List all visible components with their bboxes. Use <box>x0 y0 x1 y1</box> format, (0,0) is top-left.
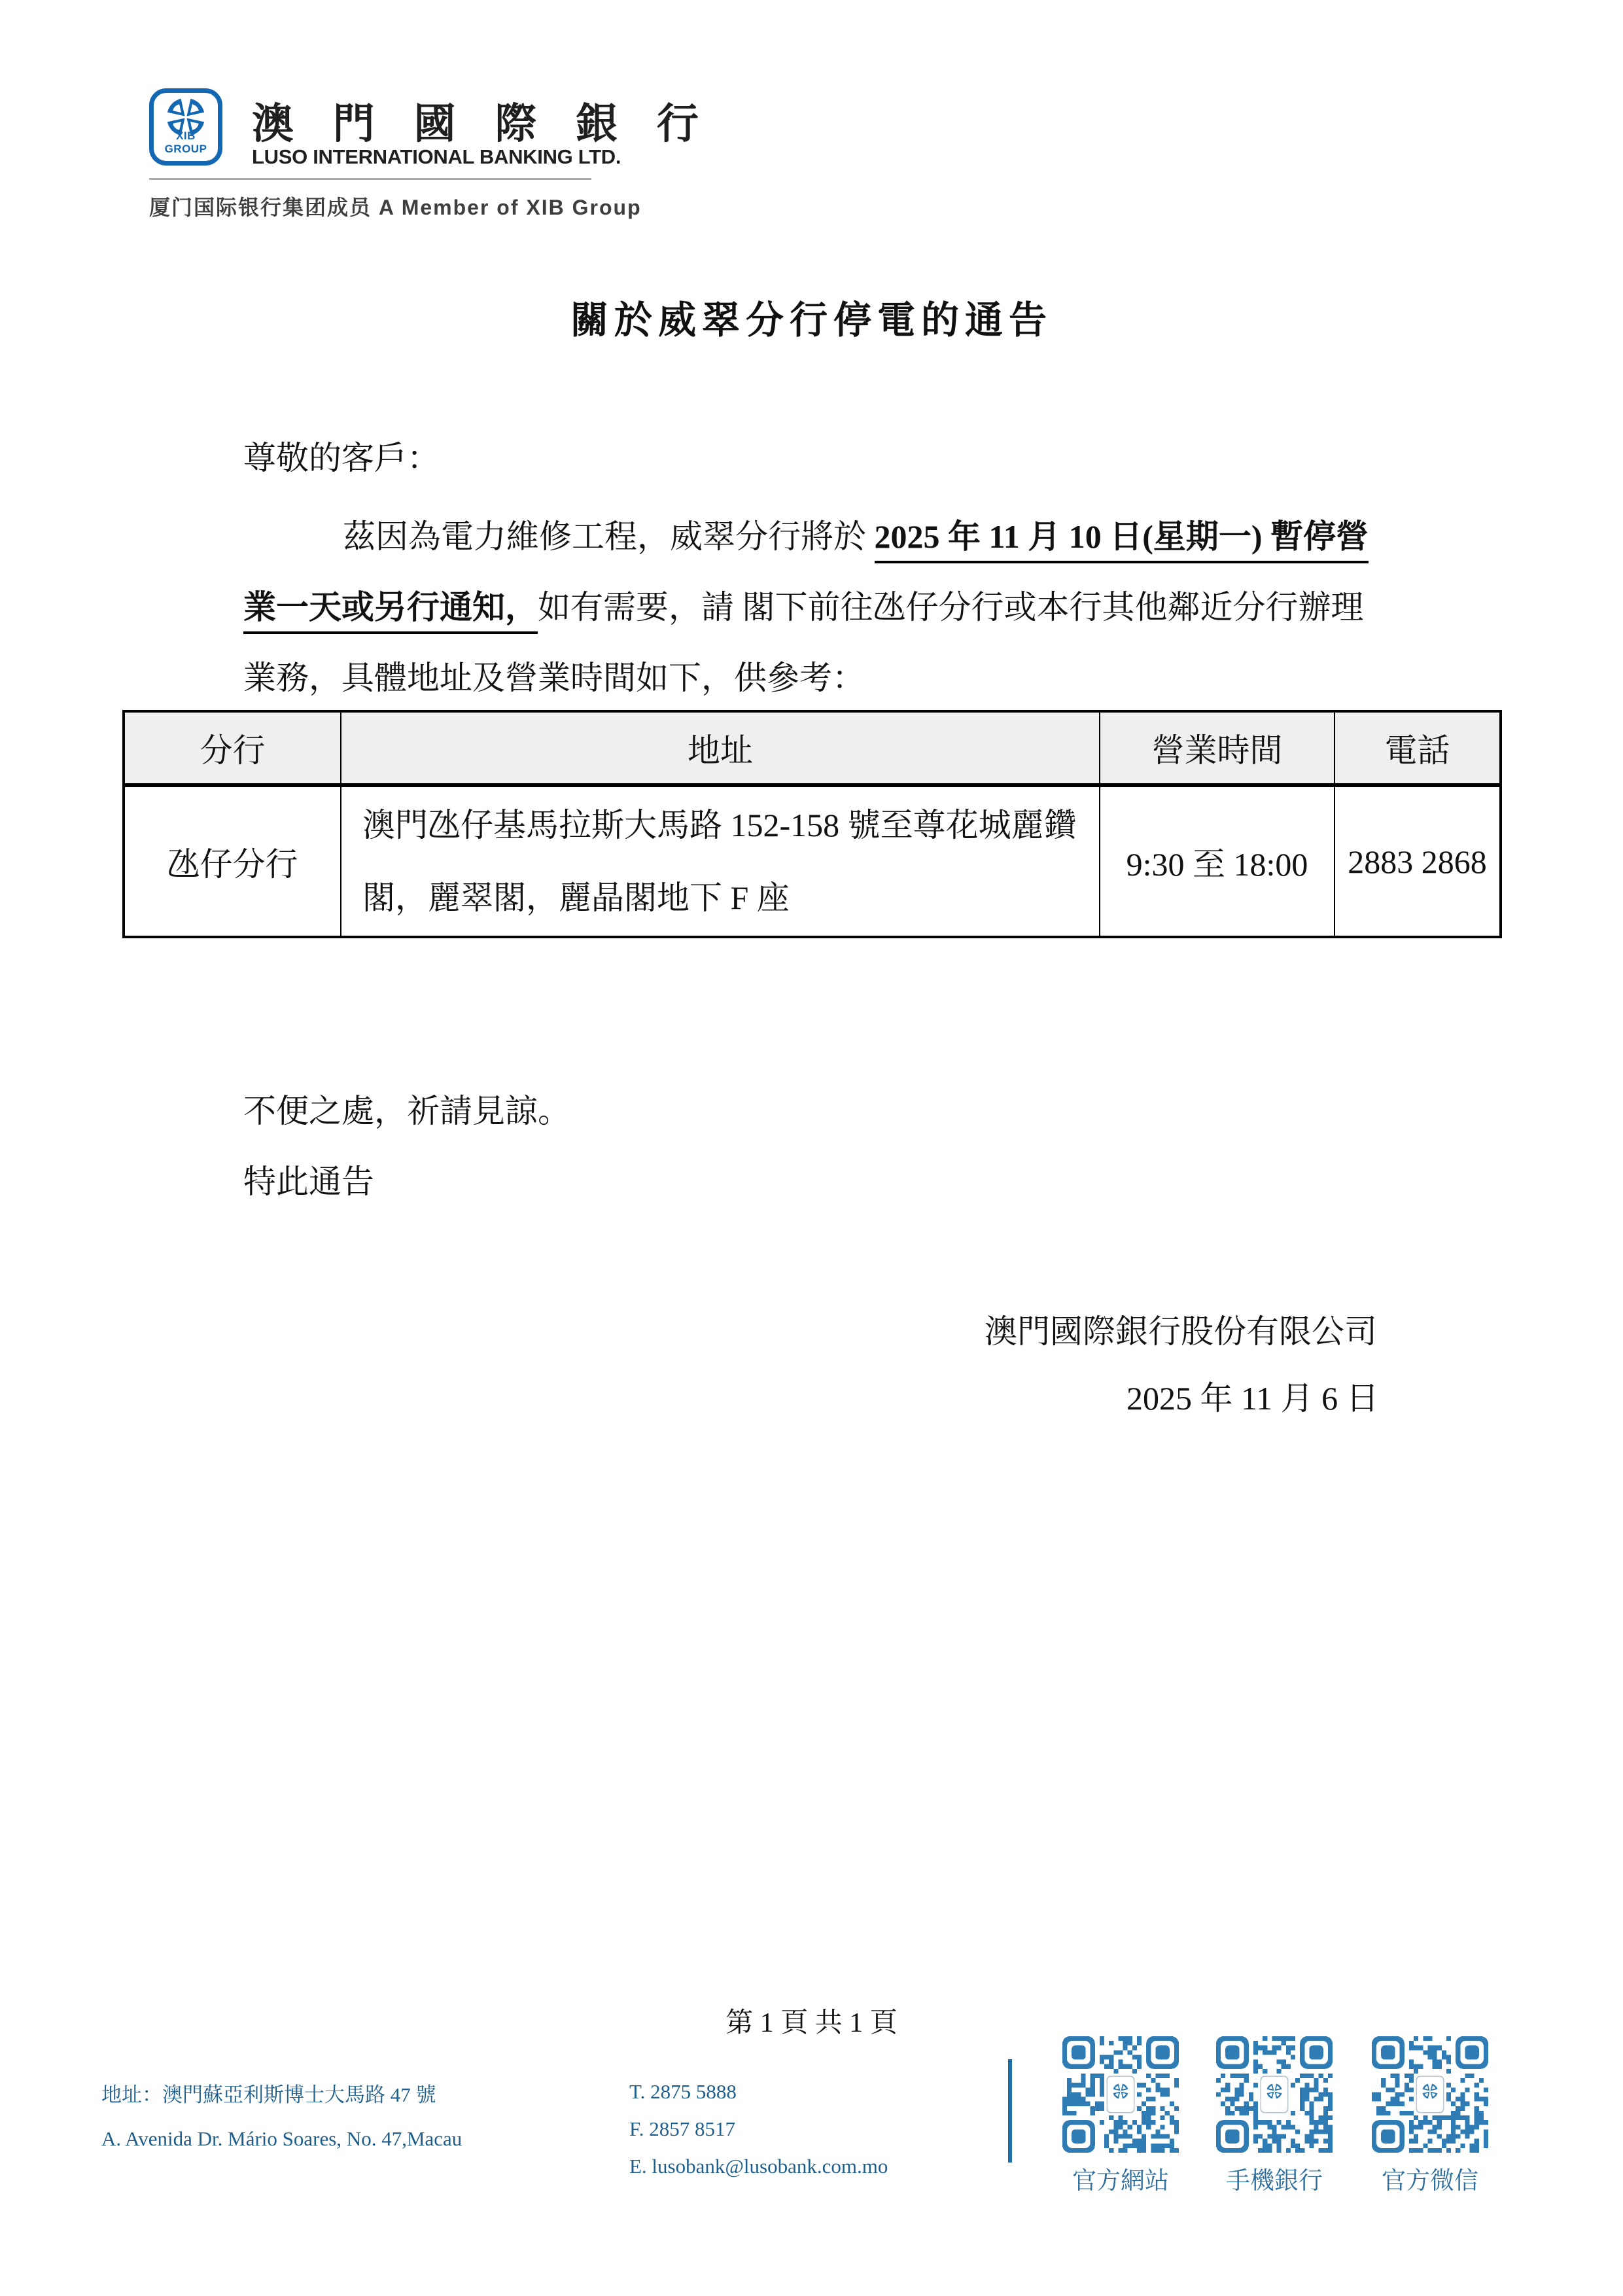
qr-website: 官方網站 <box>1062 2036 1179 2196</box>
column-header-phone: 電話 <box>1335 711 1501 785</box>
qr-mobile-banking: 手機銀行 <box>1216 2036 1333 2196</box>
column-header-hours: 營業時間 <box>1100 711 1335 785</box>
paragraph-line-1-emphasis: 2025 年 11 月 10 日(星期一) 暫停營 <box>875 518 1369 563</box>
qr-code-mobile-banking <box>1216 2036 1333 2153</box>
paragraph-line-1: 茲因為電力維修工程，威翠分行將於 2025 年 11 月 10 日(星期一) 暫… <box>243 510 1369 557</box>
header-divider <box>149 178 591 180</box>
qr-code-website <box>1062 2036 1179 2153</box>
footer-fax: F. 2857 8517 <box>629 2110 888 2147</box>
qr-code-wechat <box>1372 2036 1488 2153</box>
logo-badge-text: XIB GROUP <box>154 130 218 156</box>
column-header-branch: 分行 <box>124 711 341 785</box>
notice-title: 關於威翠分行停電的通告 <box>0 289 1623 344</box>
qr-label-website: 官方網站 <box>1062 2161 1179 2196</box>
footer-address-zh: 地址：澳門蘇亞利斯博士大馬路 47 號 <box>101 2073 462 2117</box>
paragraph-line-1-normal: 茲因為電力維修工程，威翠分行將於 <box>343 518 875 555</box>
paragraph-line-2-emphasis: 業一天或另行通知， <box>243 589 538 634</box>
cell-branch-address: 澳門氹仔基馬拉斯大馬路 152-158 號至尊花城麗鑽閣，麗翠閣，麗晶閣地下 F… <box>341 785 1100 937</box>
document-page: XIB GROUP 澳 門 國 際 銀 行 LUSO INTERNATIONAL… <box>0 0 1623 2296</box>
branch-info-table: 分行 地址 營業時間 電話 氹仔分行 澳門氹仔基馬拉斯大馬路 152-158 號… <box>122 710 1502 938</box>
table-row: 氹仔分行 澳門氹仔基馬拉斯大馬路 152-158 號至尊花城麗鑽閣，麗翠閣，麗晶… <box>124 785 1501 937</box>
paragraph-line-2: 業一天或另行通知，如有需要，請 閣下前往氹仔分行或本行其他鄰近分行辦理 <box>243 581 1364 628</box>
page-number: 第 1 頁 共 1 頁 <box>0 2001 1623 2040</box>
qr-wechat: 官方微信 <box>1372 2036 1488 2196</box>
signature-company: 澳門國際銀行股份有限公司 <box>985 1305 1377 1352</box>
footer-tel: T. 2875 5888 <box>629 2073 888 2110</box>
cell-branch-phone: 2883 2868 <box>1335 785 1501 937</box>
bank-name-chinese: 澳 門 國 際 銀 行 <box>252 90 712 150</box>
footer-address-block: 地址：澳門蘇亞利斯博士大馬路 47 號 A. Avenida Dr. Mário… <box>101 2073 462 2161</box>
bank-name-english: LUSO INTERNATIONAL BANKING LTD. <box>252 145 621 169</box>
closing-apology: 不便之處，祈請見諒。 <box>243 1085 570 1132</box>
paragraph-line-3: 業務，具體地址及營業時間如下，供參考： <box>243 652 865 699</box>
bank-logo-icon: XIB GROUP <box>149 88 222 166</box>
footer-contact-block: T. 2875 5888 F. 2857 8517 E. lusobank@lu… <box>629 2073 888 2185</box>
salutation: 尊敬的客戶： <box>243 432 440 479</box>
signature-date: 2025 年 11 月 6 日 <box>1126 1372 1379 1419</box>
qr-label-mobile-banking: 手機銀行 <box>1216 2161 1333 2196</box>
group-member-line: 厦门国际银行集团成员 A Member of XIB Group <box>149 191 642 221</box>
closing-notice: 特此通告 <box>243 1156 374 1203</box>
cell-branch-hours: 9:30 至 18:00 <box>1100 785 1335 937</box>
footer-vertical-divider <box>1008 2059 1012 2163</box>
cell-branch-name: 氹仔分行 <box>124 785 341 937</box>
column-header-address: 地址 <box>341 711 1100 785</box>
qr-label-wechat: 官方微信 <box>1372 2161 1488 2196</box>
footer-email: E. lusobank@lusobank.com.mo <box>629 2147 888 2185</box>
table-header-row: 分行 地址 營業時間 電話 <box>124 711 1501 785</box>
footer-address-en: A. Avenida Dr. Mário Soares, No. 47,Maca… <box>101 2117 462 2161</box>
paragraph-line-2-normal: 如有需要，請 閣下前往氹仔分行或本行其他鄰近分行辦理 <box>538 589 1364 626</box>
